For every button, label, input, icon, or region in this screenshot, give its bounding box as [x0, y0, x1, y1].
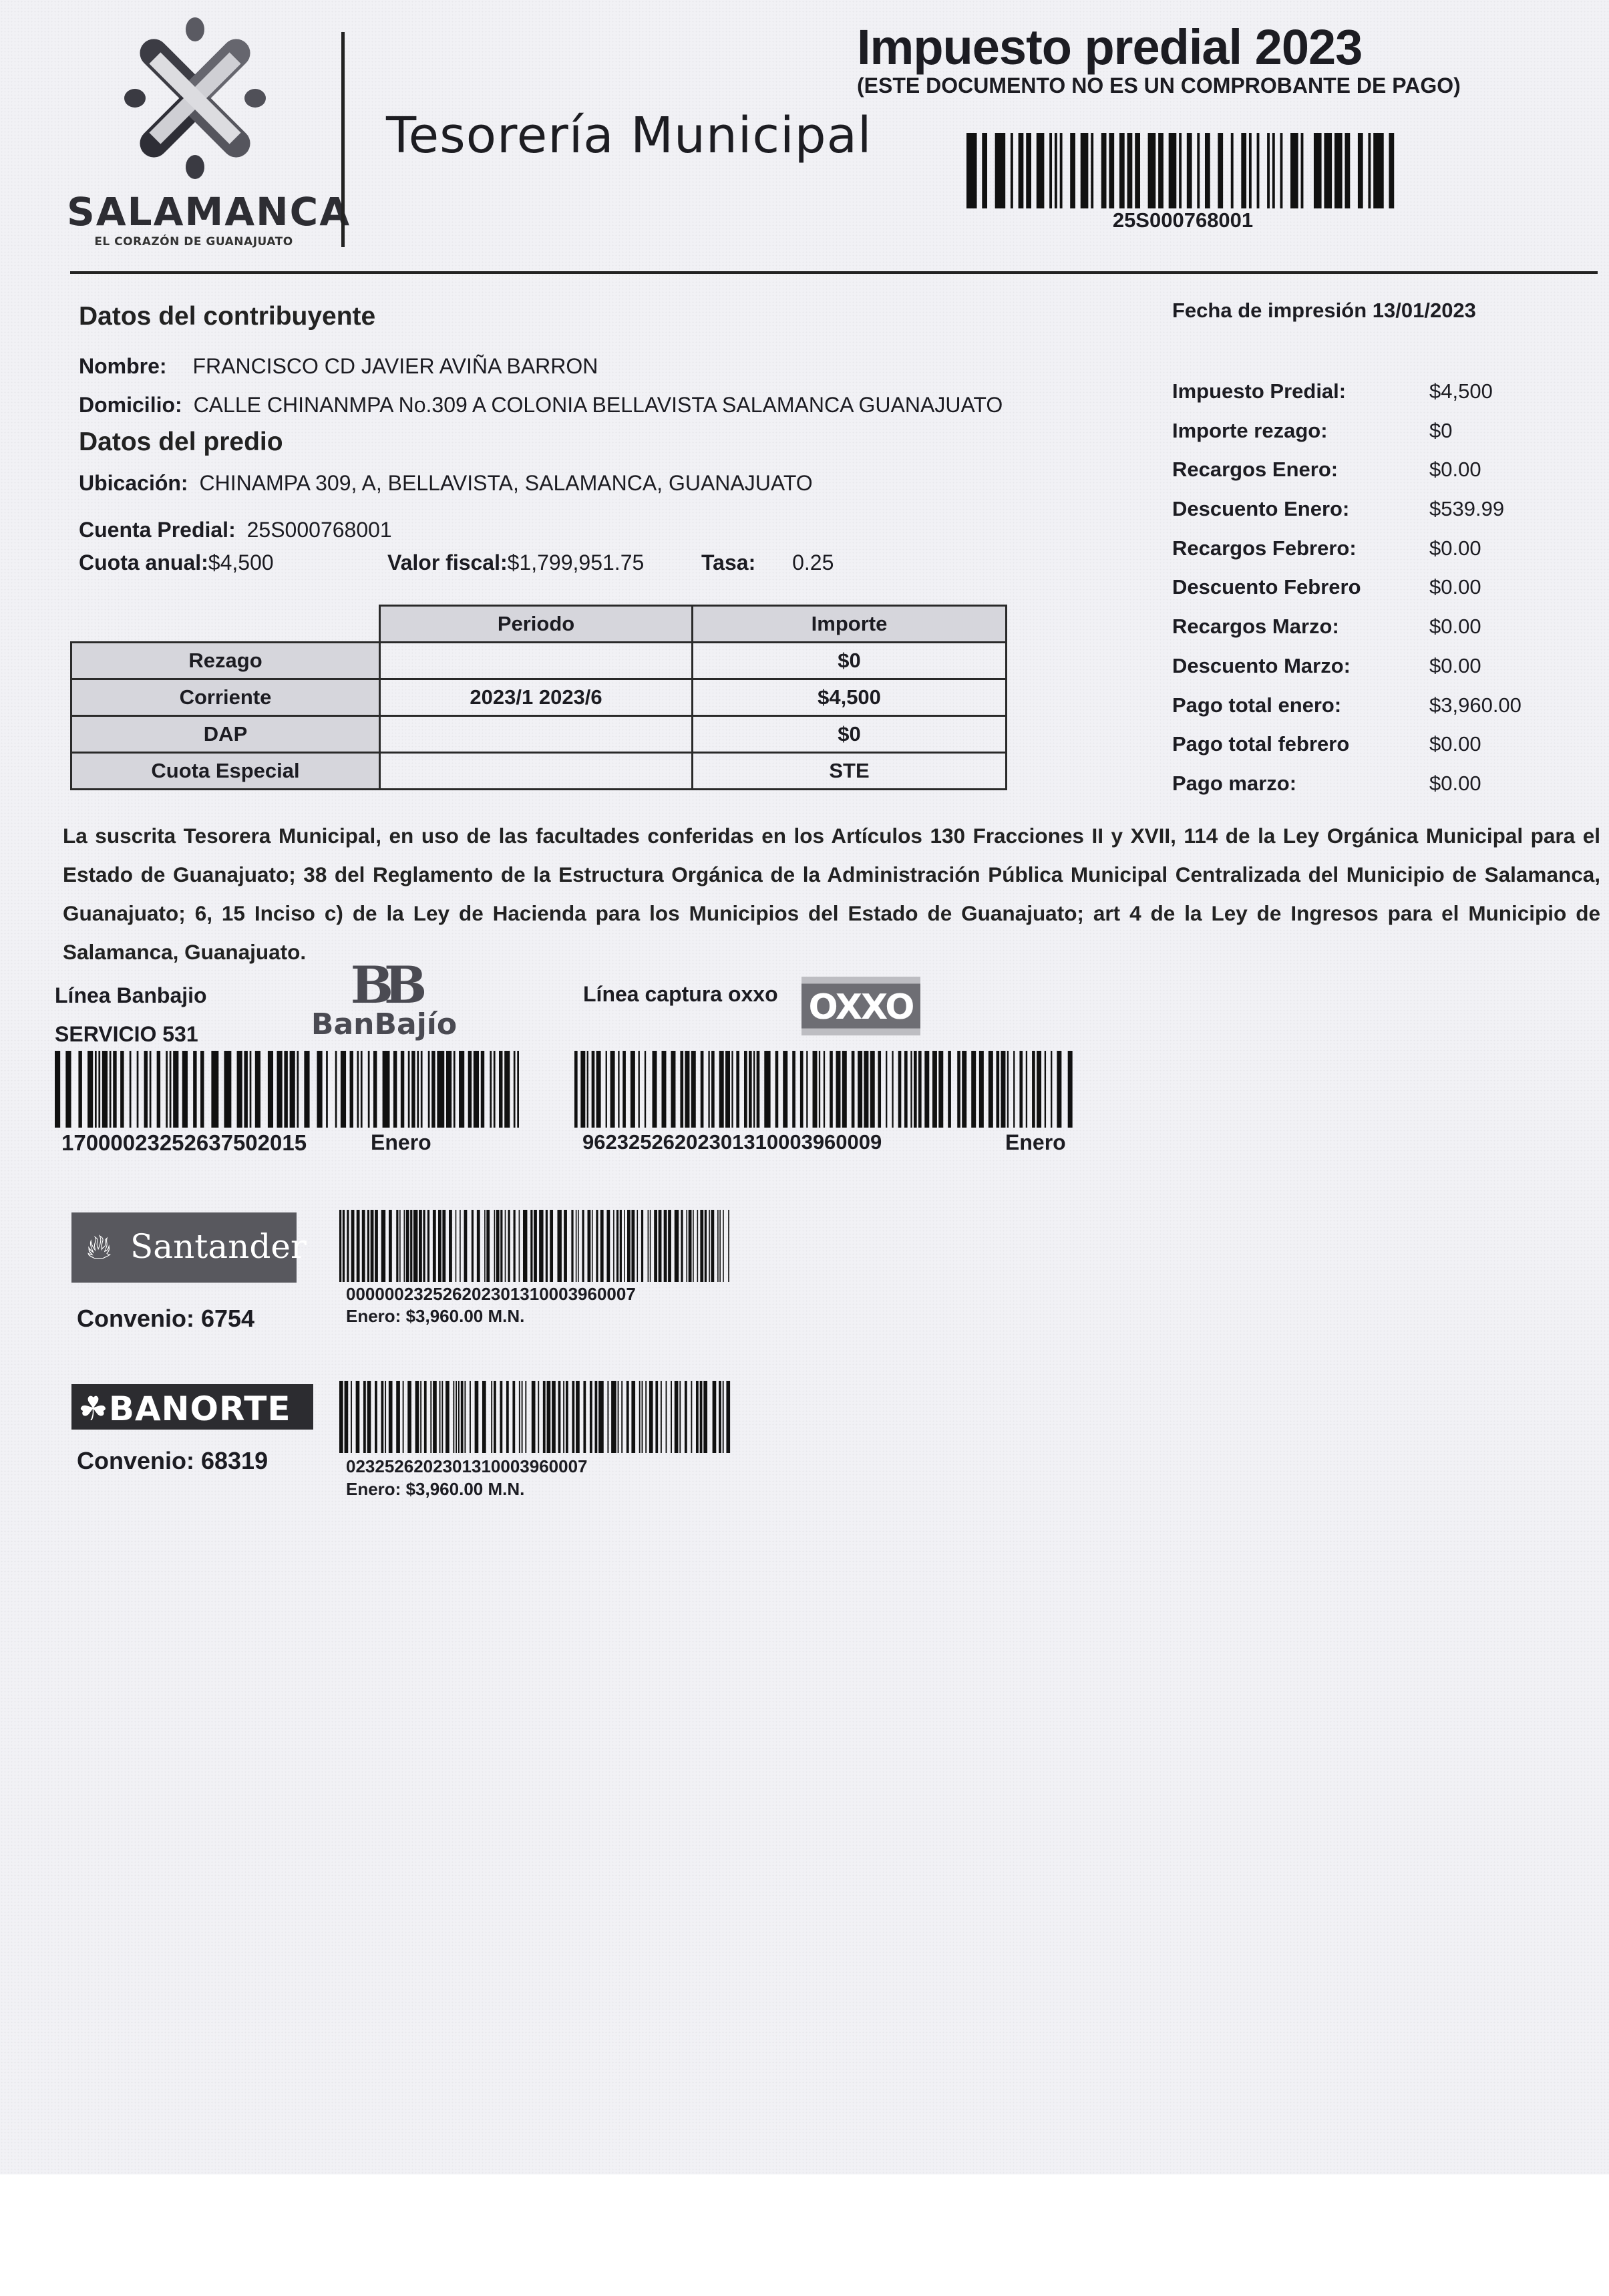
location-value: CHINAMPA 309, A, BELLAVISTA, SALAMANCA, …	[199, 471, 812, 495]
address-value: CALLE CHINANMPA No.309 A COLONIA BELLAVI…	[194, 393, 1003, 417]
summary-label: Importe rezago:	[1172, 419, 1328, 443]
summary-label: Recargos Enero:	[1172, 458, 1338, 482]
column-header-amount: Importe	[693, 606, 1007, 643]
oxxo-label: Línea captura oxxo	[583, 982, 778, 1007]
summary-value: $0.00	[1429, 772, 1481, 796]
summary-label: Pago marzo:	[1172, 772, 1296, 796]
table-row: DAP$0	[71, 716, 1007, 753]
property-account-field: Cuenta Predial: 25S000768001	[79, 518, 392, 542]
concept-cell: Corriente	[71, 679, 380, 716]
barcode-bars	[574, 1051, 1074, 1128]
oxxo-barcode	[574, 1051, 1074, 1128]
banorte-amount: Enero: $3,960.00 M.N.	[346, 1479, 524, 1500]
oxxo-wordmark: OXXO	[801, 987, 920, 1027]
document-disclaimer: (ESTE DOCUMENTO NO ES UN COMPROBANTE DE …	[857, 73, 1461, 98]
print-date: Fecha de impresión 13/01/2023	[1172, 299, 1476, 323]
banorte-logo-icon: ☘BANORTE	[71, 1384, 313, 1430]
period-cell: 2023/1 2023/6	[380, 679, 693, 716]
summary-label: Pago total febrero	[1172, 732, 1349, 756]
account-label: Cuenta Predial:	[79, 518, 236, 542]
summary-value: $0.00	[1429, 575, 1481, 599]
barcode-bars	[339, 1381, 731, 1453]
summary-label: Recargos Marzo:	[1172, 615, 1339, 639]
property-heading: Datos del predio	[79, 428, 283, 457]
santander-amount: Enero: $3,960.00 M.N.	[346, 1306, 524, 1327]
banbajio-wordmark: BanBajío	[304, 1009, 464, 1041]
department-name: Tesorería Municipal	[386, 107, 872, 164]
fiscal-value-value: $1,799,951.75	[508, 550, 645, 575]
account-value: 25S000768001	[247, 518, 392, 542]
banorte-barcode	[339, 1381, 731, 1453]
property-location-field: Ubicación: CHINAMPA 309, A, BELLAVISTA, …	[79, 471, 813, 496]
print-date-value: 13/01/2023	[1373, 299, 1476, 322]
summary-label: Pago total enero:	[1172, 693, 1341, 717]
print-date-label: Fecha de impresión	[1172, 299, 1367, 322]
summary-value: $0.00	[1429, 536, 1481, 560]
taxpayer-heading: Datos del contribuyente	[79, 302, 375, 331]
barcode-bars	[966, 133, 1399, 208]
santander-logo-icon: 🔥︎ Santander	[71, 1212, 297, 1283]
banbajio-monogram: BB	[304, 962, 464, 1009]
table-row: Corriente2023/1 2023/6$4,500	[71, 679, 1007, 716]
header-vertical-divider	[341, 32, 345, 247]
concept-cell: Cuota Especial	[71, 753, 380, 790]
santander-barcode	[339, 1210, 731, 1282]
summary-value: $0	[1429, 419, 1452, 443]
barcode-bars	[55, 1051, 519, 1128]
banorte-wordmark-text: BANORTE	[109, 1389, 291, 1428]
summary-value: $0.00	[1429, 732, 1481, 756]
summary-label: Descuento Enero:	[1172, 497, 1349, 521]
taxpayer-name-field: Nombre: FRANCISCO CD JAVIER AVIÑA BARRON	[79, 354, 598, 379]
summary-value: $3,960.00	[1429, 693, 1522, 717]
header-divider	[70, 271, 1598, 274]
santander-wordmark: Santander	[130, 1227, 307, 1266]
fiscal-value-label: Valor fiscal:	[387, 550, 508, 575]
concept-cell: Rezago	[71, 643, 380, 679]
summary-label: Impuesto Predial:	[1172, 379, 1346, 403]
column-header-period: Periodo	[380, 606, 693, 643]
table-header-row: Periodo Importe	[71, 606, 1007, 643]
annual-fee-field: Cuota anual:$4,500	[79, 550, 274, 575]
banbajio-label: Línea Banbajio	[55, 983, 207, 1008]
taxpayer-address-field: Domicilio: CALLE CHINANMPA No.309 A COLO…	[79, 393, 1003, 418]
oxxo-logo-icon: OXXO	[801, 977, 920, 1035]
banbajio-barcode	[55, 1051, 519, 1128]
barcode-bars	[339, 1210, 731, 1282]
concept-table: Periodo Importe Rezago$0Corriente2023/1 …	[70, 605, 1007, 790]
concept-cell: DAP	[71, 716, 380, 753]
legal-disclaimer: La suscrita Tesorera Municipal, en uso d…	[63, 816, 1600, 971]
account-barcode-number: 25S000768001	[966, 208, 1399, 232]
account-barcode	[966, 133, 1399, 208]
oxxo-month: Enero	[1005, 1130, 1066, 1155]
name-label: Nombre:	[79, 354, 167, 378]
logo-name: SALAMANCA	[67, 189, 321, 234]
table-row: Rezago$0	[71, 643, 1007, 679]
banorte-wordmark: ☘BANORTE	[78, 1389, 291, 1428]
summary-value: $0.00	[1429, 458, 1481, 482]
period-cell	[380, 753, 693, 790]
santander-agreement: Convenio: 6754	[77, 1305, 254, 1333]
summary-label: Descuento Marzo:	[1172, 654, 1351, 678]
salamanca-logo-icon	[122, 15, 269, 182]
annual-fee-value: $4,500	[208, 550, 274, 575]
rate-value: 0.25	[792, 550, 834, 575]
location-label: Ubicación:	[79, 471, 188, 495]
banorte-barcode-number: 0232526202301310003960007	[346, 1456, 588, 1477]
rate-label: Tasa:	[701, 550, 755, 575]
banbajio-logo-icon: BB BanBajío	[304, 962, 464, 1041]
name-value: FRANCISCO CD JAVIER AVIÑA BARRON	[192, 354, 598, 378]
summary-value: $4,500	[1429, 379, 1493, 403]
period-cell	[380, 716, 693, 753]
banorte-agreement: Convenio: 68319	[77, 1447, 268, 1475]
banbajio-barcode-number: 17000023252637502015	[61, 1130, 307, 1156]
banbajio-service: SERVICIO 531	[55, 1022, 198, 1047]
summary-value: $0.00	[1429, 615, 1481, 639]
fiscal-value-field: Valor fiscal:$1,799,951.75	[387, 550, 644, 575]
santander-flame-icon: 🔥︎	[86, 1227, 112, 1268]
summary-value: $539.99	[1429, 497, 1504, 521]
summary-label: Descuento Febrero	[1172, 575, 1361, 599]
rate-field: Tasa: 0.25	[701, 550, 834, 575]
table-row: Cuota EspecialSTE	[71, 753, 1007, 790]
annual-fee-label: Cuota anual:	[79, 550, 208, 575]
amount-cell: $4,500	[693, 679, 1007, 716]
logo-tagline: EL CORAZÓN DE GUANAJUATO	[67, 235, 321, 249]
amount-cell: $0	[693, 716, 1007, 753]
amount-cell: $0	[693, 643, 1007, 679]
santander-barcode-number: 000000232526202301310003960007	[346, 1284, 636, 1305]
period-cell	[380, 643, 693, 679]
address-label: Domicilio:	[79, 393, 182, 417]
banbajio-month: Enero	[371, 1130, 431, 1155]
document-title: Impuesto predial 2023	[857, 19, 1362, 75]
summary-label: Recargos Febrero:	[1172, 536, 1357, 560]
tax-statement-page: SALAMANCA EL CORAZÓN DE GUANAJUATO Tesor…	[0, 0, 1609, 2174]
amount-cell: STE	[693, 753, 1007, 790]
summary-value: $0.00	[1429, 654, 1481, 678]
oxxo-barcode-number: 96232526202301310003960009	[582, 1130, 882, 1154]
